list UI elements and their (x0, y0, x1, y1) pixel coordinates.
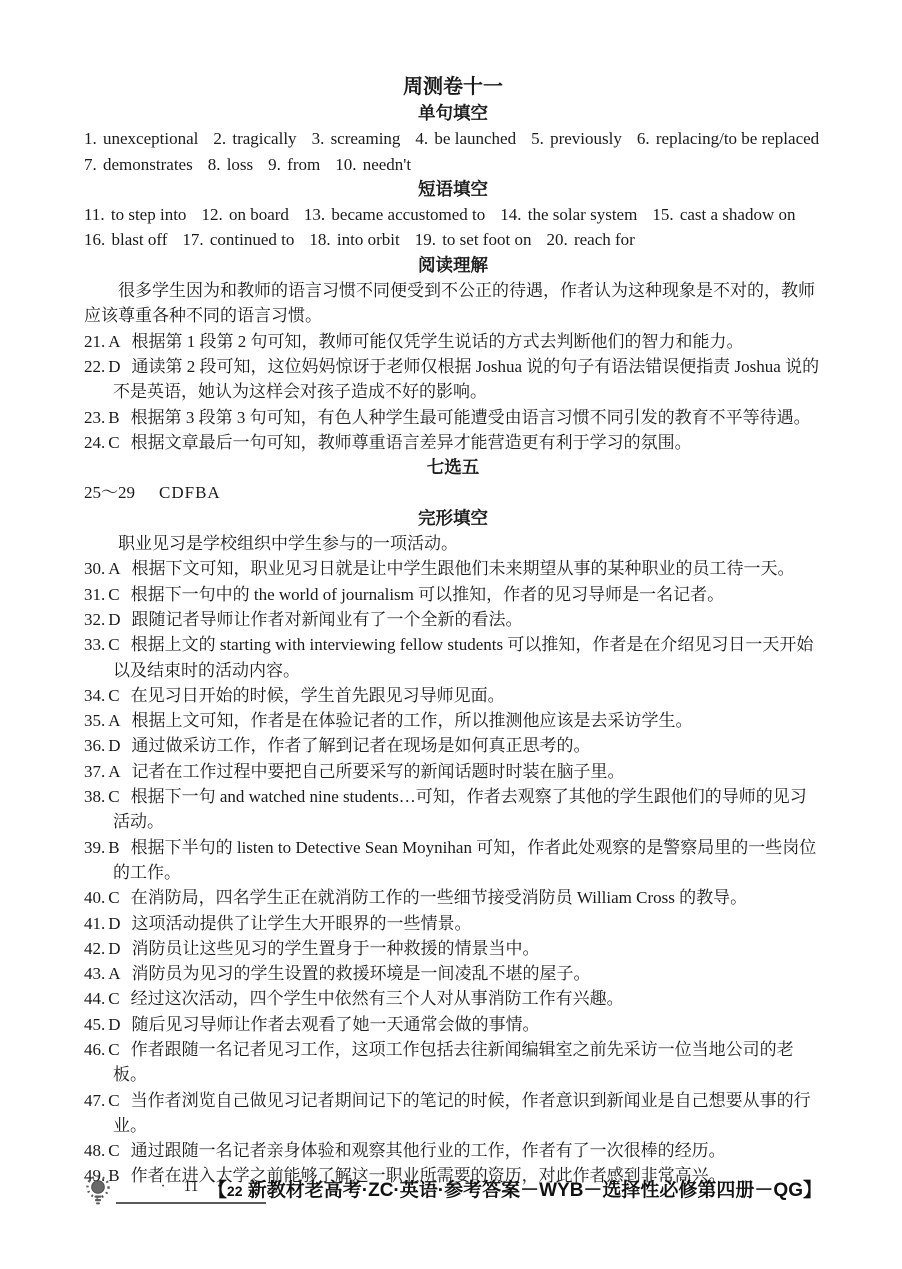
answer-explanation: 48.C通过跟随一名记者亲身体验和观察其他行业的工作，作者有了一次很棒的经历。 (84, 1138, 822, 1163)
explanation-text: 在见习日开始的时候，学生首先跟见习导师见面。 (131, 686, 505, 705)
lightbulb-icon (84, 1174, 112, 1208)
explanation-text: 在消防局，四名学生正在就消防工作的一些细节接受消防员 William Cross… (131, 888, 748, 907)
answer-number: 6. (637, 129, 650, 148)
answer-row: 11. to step into12. on board13. became a… (84, 202, 822, 227)
answer-item: 13. became accustomed to (304, 202, 485, 227)
document-content: 周测卷十一 单句填空1. unexceptional2. tragically3… (84, 74, 822, 1189)
answer-text: screaming (331, 129, 401, 148)
page-number-value: 11 (184, 1178, 199, 1195)
answer-explanation: 43.A消防员为见习的学生设置的救援环境是一间凌乱不堪的屋子。 (84, 961, 822, 986)
answer-item: 8. loss (208, 152, 253, 177)
summary-paragraph: 很多学生因为和教师的语言习惯不同便受到不公正的待遇，作者认为这种现象是不对的，教… (84, 278, 822, 329)
explanation-text: 根据下半句的 listen to Detective Sean Moynihan… (113, 838, 816, 882)
answer-item: 15. cast a shadow on (652, 202, 795, 227)
answer-text: the solar system (528, 205, 638, 224)
page-footer: · 11 · 【22 新教材老高考·ZC·英语·参考答案－WYB－选择性必修第四… (84, 1174, 822, 1224)
publication-info: 【22 新教材老高考·ZC·英语·参考答案－WYB－选择性必修第四册－QG】 (208, 1178, 822, 1204)
question-number: 38. (84, 787, 105, 806)
answer-letter: D (108, 736, 120, 755)
answer-letter: C (108, 1141, 119, 1160)
answer-number: 16. (84, 230, 105, 249)
explanation-text: 根据下一句 and watched nine students…可知，作者去观察… (113, 787, 807, 831)
section-heading: 阅读理解 (84, 253, 822, 278)
answer-number: 2. (213, 129, 226, 148)
answer-text: to set foot on (442, 230, 531, 249)
question-number: 44. (84, 989, 105, 1008)
answer-letter: C (108, 989, 119, 1008)
answer-letter: C (108, 888, 119, 907)
explanation-text: 通过跟随一名记者亲身体验和观察其他行业的工作，作者有了一次很棒的经历。 (131, 1141, 726, 1160)
answer-item: 19. to set foot on (415, 227, 532, 252)
question-number: 37. (84, 762, 105, 781)
answer-explanation: 40.C在消防局，四名学生正在就消防工作的一些细节接受消防员 William C… (84, 885, 822, 910)
answer-explanation: 36.D通过做采访工作，作者了解到记者在现场是如何真正思考的。 (84, 733, 822, 758)
answer-letter: A (108, 559, 120, 578)
answer-letter: C (108, 787, 119, 806)
question-number: 41. (84, 914, 105, 933)
answer-number: 8. (208, 155, 221, 174)
question-number: 48. (84, 1141, 105, 1160)
answer-number: 12. (201, 205, 222, 224)
answer-row: 7. demonstrates8. loss9. from10. needn't (84, 152, 822, 177)
answer-number: 14. (500, 205, 521, 224)
answer-explanation: 23.B根据第 3 段第 3 句可知，有色人种学生最可能遭受由语言习惯不同引发的… (84, 405, 822, 430)
question-number: 32. (84, 610, 105, 629)
answer-item: 1. unexceptional (84, 126, 198, 151)
explanation-text: 通读第 2 段可知，这位妈妈惊讶于老师仅根据 Joshua 说的句子有语法错误便… (113, 357, 819, 401)
question-number: 22. (84, 357, 105, 376)
answer-item: 3. screaming (312, 126, 401, 151)
question-number: 24. (84, 433, 105, 452)
section-heading: 单句填空 (84, 101, 822, 126)
answer-explanation: 31.C根据下一句中的 the world of journalism 可以推知… (84, 582, 822, 607)
section-heading: 完形填空 (84, 506, 822, 531)
explanation-text: 根据第 1 段第 2 句可知，教师可能仅凭学生说话的方式去判断他们的智力和能力。 (132, 332, 744, 351)
answer-text: cast a shadow on (680, 205, 796, 224)
question-number: 39. (84, 838, 105, 857)
answer-item: 14. the solar system (500, 202, 637, 227)
answer-number: 10. (335, 155, 356, 174)
answer-text: loss (227, 155, 253, 174)
document-page: 周测卷十一 单句填空1. unexceptional2. tragically3… (0, 0, 902, 1269)
question-number: 34. (84, 686, 105, 705)
answer-letter: B (108, 408, 119, 427)
answer-explanation: 45.D随后见习导师让作者去观看了她一天通常会做的事情。 (84, 1012, 822, 1037)
answer-explanation: 41.D这项活动提供了让学生大开眼界的一些情景。 (84, 911, 822, 936)
answer-number: 9. (268, 155, 281, 174)
question-number: 42. (84, 939, 105, 958)
answer-item: 11. to step into (84, 202, 186, 227)
answer-number: 15. (652, 205, 673, 224)
answer-letter: D (108, 610, 120, 629)
answer-letter: D (108, 939, 120, 958)
answer-item: 2. tragically (213, 126, 296, 151)
publication-text: 新教材老高考·ZC·英语·参考答案－WYB－选择性必修第四册－QG (248, 1180, 803, 1201)
answer-item: 10. needn't (335, 152, 411, 177)
answer-explanation: 38.C根据下一句 and watched nine students…可知，作… (84, 784, 822, 835)
question-number: 21. (84, 332, 105, 351)
answer-letter: C (108, 433, 119, 452)
explanation-text: 根据文章最后一句可知，教师尊重语言差异才能营造更有利于学习的氛围。 (131, 433, 692, 452)
question-number: 23. (84, 408, 105, 427)
answer-explanation: 44.C经过这次活动，四个学生中依然有三个人对从事消防工作有兴趣。 (84, 986, 822, 1011)
answer-explanation: 47.C当作者浏览自己做见习记者期间记下的笔记的时候，作者意识到新闻业是自己想要… (84, 1088, 822, 1139)
answer-explanation: 46.C作者跟随一名记者见习工作，这项工作包括去往新闻编辑室之前先采访一位当地公… (84, 1037, 822, 1088)
answer-item: 9. from (268, 152, 320, 177)
answer-letter: A (108, 762, 120, 781)
answer-text: continued to (210, 230, 295, 249)
answer-item: 16. blast off (84, 227, 167, 252)
question-number: 40. (84, 888, 105, 907)
answer-number: 18. (309, 230, 330, 249)
answer-number: 5. (531, 129, 544, 148)
answer-text: from (287, 155, 320, 174)
answer-item: 4. be launched (415, 126, 516, 151)
answer-item: 7. demonstrates (84, 152, 193, 177)
question-number: 47. (84, 1091, 105, 1110)
answer-row: 16. blast off17. continued to18. into or… (84, 227, 822, 252)
publication-edition: 22 (227, 1183, 243, 1199)
explanation-text: 这项活动提供了让学生大开眼界的一些情景。 (132, 914, 472, 933)
answer-number: 3. (312, 129, 325, 148)
answer-explanation: 33.C根据上文的 starting with interviewing fel… (84, 632, 822, 683)
sections: 单句填空1. unexceptional2. tragically3. scre… (84, 101, 822, 1189)
explanation-text: 记者在工作过程中要把自己所要采写的新闻话题时时装在脑子里。 (132, 762, 625, 781)
answer-number: 7. (84, 155, 97, 174)
answer-item: 20. reach for (546, 227, 634, 252)
answer-letter: C (108, 585, 119, 604)
answer-text: became accustomed to (331, 205, 485, 224)
answer-letter: C (108, 686, 119, 705)
answer-letter: A (108, 964, 120, 983)
question-range: 25～29 (84, 483, 135, 502)
answer-text: tragically (232, 129, 296, 148)
explanation-text: 当作者浏览自己做见习记者期间记下的笔记的时候，作者意识到新闻业是自己想要从事的行… (113, 1091, 811, 1135)
explanation-text: 根据下文可知，职业见习日就是让中学生跟他们未来期望从事的某种职业的员工待一天。 (132, 559, 795, 578)
answer-text: to step into (111, 205, 187, 224)
answer-number: 17. (182, 230, 203, 249)
answer-letter: A (108, 332, 120, 351)
answer-text: previously (550, 129, 622, 148)
answer-item: 18. into orbit (309, 227, 399, 252)
answer-explanation: 24.C根据文章最后一句可知，教师尊重语言差异才能营造更有利于学习的氛围。 (84, 430, 822, 455)
answer-explanation: 34.C在见习日开始的时候，学生首先跟见习导师见面。 (84, 683, 822, 708)
answer-explanation: 37.A记者在工作过程中要把自己所要采写的新闻话题时时装在脑子里。 (84, 759, 822, 784)
answer-explanation: 22.D通读第 2 段可知，这位妈妈惊讶于老师仅根据 Joshua 说的句子有语… (84, 354, 822, 405)
explanation-text: 根据下一句中的 the world of journalism 可以推知，作者的… (131, 585, 725, 604)
answer-text: reach for (574, 230, 635, 249)
answer-item: 6. replacing/to be replaced (637, 126, 819, 151)
answer-text: demonstrates (103, 155, 193, 174)
explanation-text: 消防员为见习的学生设置的救援环境是一间凌乱不堪的屋子。 (132, 964, 591, 983)
answer-explanation: 30.A根据下文可知，职业见习日就是让中学生跟他们未来期望从事的某种职业的员工待… (84, 556, 822, 581)
explanation-text: 跟随记者导师让作者对新闻业有了一个全新的看法。 (132, 610, 523, 629)
answer-text: unexceptional (103, 129, 198, 148)
question-number: 33. (84, 635, 105, 654)
explanation-text: 通过做采访工作，作者了解到记者在现场是如何真正思考的。 (132, 736, 591, 755)
summary-paragraph: 职业见习是学校组织中学生参与的一项活动。 (84, 531, 822, 556)
answer-explanation: 32.D跟随记者导师让作者对新闻业有了一个全新的看法。 (84, 607, 822, 632)
explanation-text: 根据上文的 starting with interviewing fellow … (113, 635, 813, 679)
answer-item: 5. previously (531, 126, 622, 151)
question-number: 43. (84, 964, 105, 983)
answer-item: 12. on board (201, 202, 288, 227)
answer-row: 1. unexceptional2. tragically3. screamin… (84, 126, 822, 151)
answer-letter: D (108, 357, 120, 376)
answer-number: 1. (84, 129, 97, 148)
explanation-text: 根据第 3 段第 3 句可知，有色人种学生最可能遭受由语言习惯不同引发的教育不平… (131, 408, 811, 427)
question-number: 35. (84, 711, 105, 730)
answer-text: replacing/to be replaced (656, 129, 819, 148)
question-number: 30. (84, 559, 105, 578)
answer-number: 11. (84, 205, 105, 224)
explanation-text: 根据上文可知，作者是在体验记者的工作，所以推测他应该是去采访学生。 (132, 711, 693, 730)
section-heading: 短语填空 (84, 177, 822, 202)
answer-number: 19. (415, 230, 436, 249)
range-answers: CDFBA (159, 483, 221, 502)
publication-bracket-close: 】 (803, 1180, 822, 1201)
answer-explanation: 35.A根据上文可知，作者是在体验记者的工作，所以推测他应该是去采访学生。 (84, 708, 822, 733)
explanation-text: 经过这次活动，四个学生中依然有三个人对从事消防工作有兴趣。 (131, 989, 624, 1008)
range-answer-line: 25～29CDFBA (84, 480, 822, 505)
question-number: 36. (84, 736, 105, 755)
answer-number: 4. (415, 129, 428, 148)
explanation-text: 作者跟随一名记者见习工作，这项工作包括去往新闻编辑室之前先采访一位当地公司的老板… (113, 1040, 794, 1084)
page-number-dot-left: · (160, 1178, 165, 1195)
answer-letter: C (108, 1091, 119, 1110)
answer-number: 13. (304, 205, 325, 224)
question-number: 46. (84, 1040, 105, 1059)
explanation-text: 随后见习导师让作者去观看了她一天通常会做的事情。 (132, 1015, 540, 1034)
answer-letter: D (108, 1015, 120, 1034)
question-number: 45. (84, 1015, 105, 1034)
page-title: 周测卷十一 (84, 74, 822, 101)
answer-text: into orbit (337, 230, 400, 249)
answer-item: 17. continued to (182, 227, 294, 252)
answer-letter: D (108, 914, 120, 933)
publication-bracket-open: 【 (208, 1180, 227, 1201)
answer-letter: C (108, 1040, 119, 1059)
answer-explanation: 39.B根据下半句的 listen to Detective Sean Moyn… (84, 835, 822, 886)
answer-text: blast off (112, 230, 168, 249)
answer-explanation: 21.A根据第 1 段第 2 句可知，教师可能仅凭学生说话的方式去判断他们的智力… (84, 329, 822, 354)
section-heading: 七选五 (84, 455, 822, 480)
answer-text: on board (229, 205, 289, 224)
answer-explanation: 42.D消防员让这些见习的学生置身于一种救援的情景当中。 (84, 936, 822, 961)
answer-number: 20. (546, 230, 567, 249)
answer-text: needn't (363, 155, 411, 174)
question-number: 31. (84, 585, 105, 604)
answer-letter: A (108, 711, 120, 730)
answer-text: be launched (434, 129, 516, 148)
explanation-text: 消防员让这些见习的学生置身于一种救援的情景当中。 (132, 939, 540, 958)
answer-letter: B (108, 838, 119, 857)
answer-letter: C (108, 635, 119, 654)
